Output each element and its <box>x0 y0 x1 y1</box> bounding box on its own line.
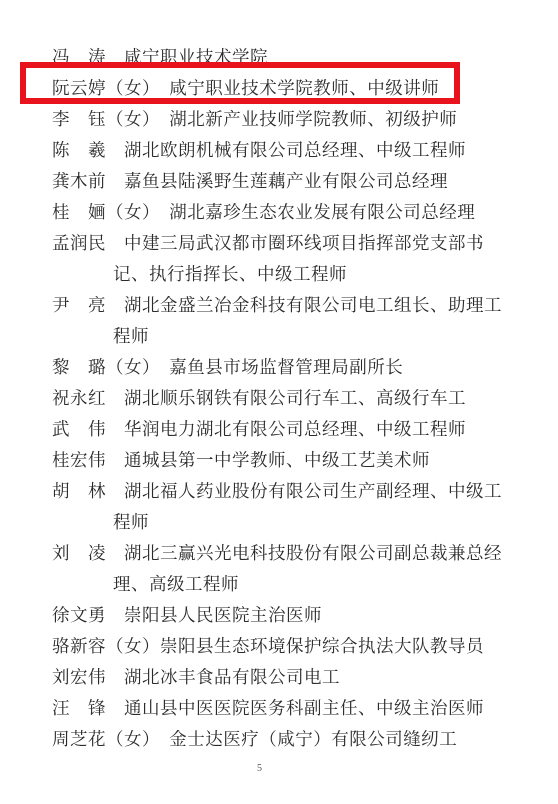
list-row: 陈 羲 湖北欧朗机械有限公司总经理、中级工程师 <box>52 135 540 166</box>
list-row: 徐文勇 崇阳县人民医院主治医师 <box>52 600 540 631</box>
row-line: 胡 林 湖北福人药业股份有限公司生产副经理、中级工 <box>52 476 540 507</box>
list-row: 桂宏伟 通城县第一中学教师、中级工艺美术师 <box>52 445 540 476</box>
document-page: 冯 涛 咸宁职业技术学院 阮云婷（女） 咸宁职业技术学院教师、中级讲师 李 钰（… <box>0 0 558 804</box>
row-line: 黎 璐（女） 嘉鱼县市场监督管理局副所长 <box>52 352 540 383</box>
row-line: 周芝花（女） 金士达医疗（咸宁）有限公司缝纫工 <box>52 724 540 755</box>
list-row: 冯 涛 咸宁职业技术学院 <box>52 42 540 73</box>
list-row: 黎 璐（女） 嘉鱼县市场监督管理局副所长 <box>52 352 540 383</box>
list-row: 祝永红 湖北顺乐钢铁有限公司行车工、高级行车工 <box>52 383 540 414</box>
row-line: 孟润民 中建三局武汉都市圈环线项目指挥部党支部书 <box>52 228 540 259</box>
row-line: 龚木前 嘉鱼县陆溪野生莲藕产业有限公司总经理 <box>52 166 540 197</box>
row-line: 刘 凌 湖北三赢兴光电科技股份有限公司副总裁兼总经 <box>52 538 540 569</box>
list-row: 胡 林 湖北福人药业股份有限公司生产副经理、中级工 程师 <box>52 476 540 538</box>
list-row: 桂 婳（女） 湖北嘉珍生态农业发展有限公司总经理 <box>52 197 540 228</box>
list-row: 骆新容（女）崇阳县生态环境保护综合执法大队教导员 <box>52 631 540 662</box>
list-row-highlighted: 阮云婷（女） 咸宁职业技术学院教师、中级讲师 <box>52 73 540 104</box>
row-line: 冯 涛 咸宁职业技术学院 <box>52 42 540 73</box>
list-row: 刘 凌 湖北三赢兴光电科技股份有限公司副总裁兼总经 理、高级工程师 <box>52 538 540 600</box>
list-row: 刘宏伟 湖北冰丰食品有限公司电工 <box>52 662 540 693</box>
row-line-continuation: 程师 <box>113 321 540 352</box>
row-line: 尹 亮 湖北金盛兰冶金科技有限公司电工组长、助理工 <box>52 290 540 321</box>
list-row: 周芝花（女） 金士达医疗（咸宁）有限公司缝纫工 <box>52 724 540 755</box>
page-number: 5 <box>0 763 520 774</box>
row-line: 桂 婳（女） 湖北嘉珍生态农业发展有限公司总经理 <box>52 197 540 228</box>
row-line: 刘宏伟 湖北冰丰食品有限公司电工 <box>52 662 540 693</box>
row-line: 李 钰（女） 湖北新产业技师学院教师、初级护师 <box>52 104 540 135</box>
row-line-continuation: 记、执行指挥长、中级工程师 <box>113 259 540 290</box>
row-line: 陈 羲 湖北欧朗机械有限公司总经理、中级工程师 <box>52 135 540 166</box>
row-line: 骆新容（女）崇阳县生态环境保护综合执法大队教导员 <box>52 631 540 662</box>
row-line: 徐文勇 崇阳县人民医院主治医师 <box>52 600 540 631</box>
row-line: 祝永红 湖北顺乐钢铁有限公司行车工、高级行车工 <box>52 383 540 414</box>
row-line: 汪 锋 通山县中医医院医务科副主任、中级主治医师 <box>52 693 540 724</box>
list-row: 武 伟 华润电力湖北有限公司总经理、中级工程师 <box>52 414 540 445</box>
list-row: 龚木前 嘉鱼县陆溪野生莲藕产业有限公司总经理 <box>52 166 540 197</box>
row-line: 武 伟 华润电力湖北有限公司总经理、中级工程师 <box>52 414 540 445</box>
row-line: 桂宏伟 通城县第一中学教师、中级工艺美术师 <box>52 445 540 476</box>
row-line-continuation: 程师 <box>113 507 540 538</box>
row-line-continuation: 理、高级工程师 <box>113 569 540 600</box>
list-row: 汪 锋 通山县中医医院医务科副主任、中级主治医师 <box>52 693 540 724</box>
list-row: 李 钰（女） 湖北新产业技师学院教师、初级护师 <box>52 104 540 135</box>
list-row: 孟润民 中建三局武汉都市圈环线项目指挥部党支部书 记、执行指挥长、中级工程师 <box>52 228 540 290</box>
row-line: 阮云婷（女） 咸宁职业技术学院教师、中级讲师 <box>52 73 540 104</box>
list-row: 尹 亮 湖北金盛兰冶金科技有限公司电工组长、助理工 程师 <box>52 290 540 352</box>
